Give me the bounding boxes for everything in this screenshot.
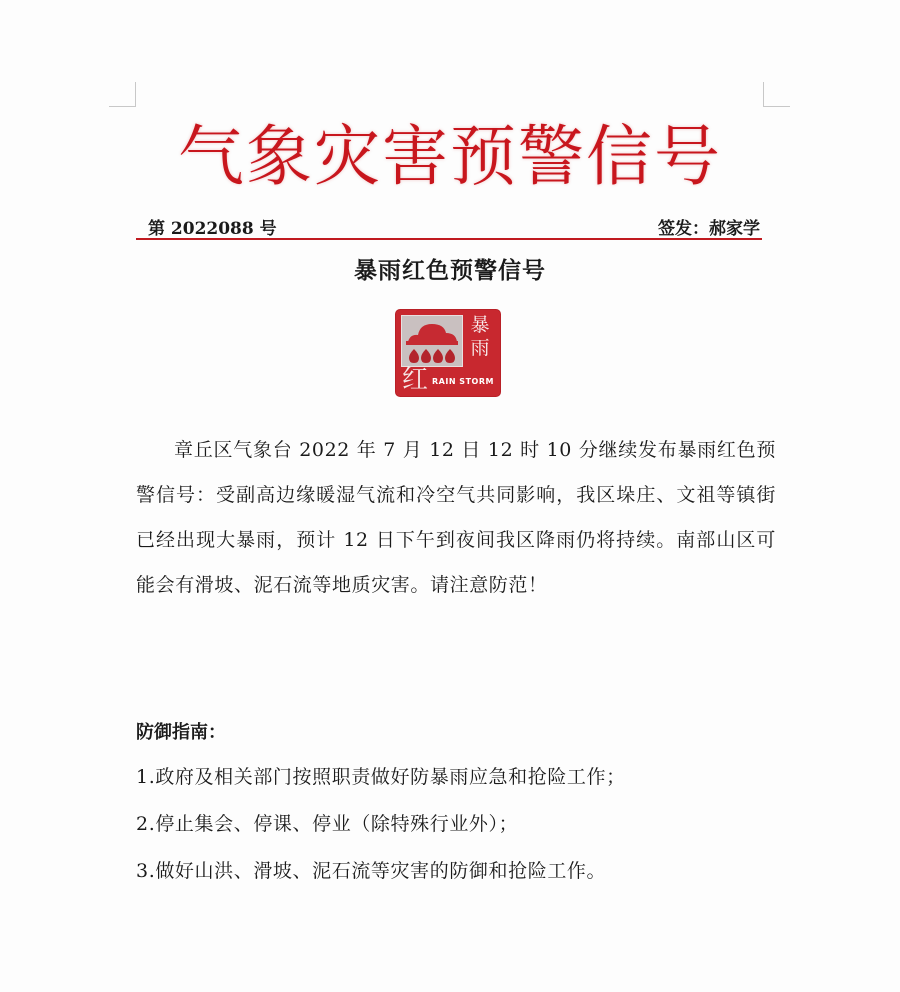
page-corner-mark-top-left <box>109 82 136 107</box>
document-meta-line: 第 2022088 号 签发：郝家学 <box>136 212 762 240</box>
rainstorm-red-warning-icon: 暴 雨 红 RAIN STORM <box>396 310 500 396</box>
warning-body-paragraph: 章丘区气象台 2022 年 7 月 12 日 12 时 10 分继续发布暴雨红色… <box>136 428 776 608</box>
defense-guide-list: 1.政府及相关部门按照职责做好防暴雨应急和抢险工作； 2.停止集会、停课、停业（… <box>136 754 626 895</box>
document-signer: 签发：郝家学 <box>658 214 760 239</box>
page-corner-mark-top-right <box>763 82 790 107</box>
defense-guide-title: 防御指南： <box>136 718 226 744</box>
guide-item: 1.政府及相关部门按照职责做好防暴雨应急和抢险工作； <box>136 754 626 801</box>
guide-item: 2.停止集会、停课、停业（除特殊行业外）； <box>136 801 626 848</box>
warning-heading: 暴雨红色预警信号 <box>0 252 900 285</box>
signal-type-label: 暴 雨 <box>466 314 494 360</box>
cloud-rain-icon <box>401 315 463 367</box>
signal-level-char: 红 <box>402 366 428 394</box>
guide-item: 3.做好山洪、滑坡、泥石流等灾害的防御和抢险工作。 <box>136 848 626 895</box>
masthead-title: 气象灾害预警信号 <box>0 118 900 196</box>
signal-english-label: RAIN STORM <box>432 377 494 386</box>
document-number: 第 2022088 号 <box>148 214 277 239</box>
